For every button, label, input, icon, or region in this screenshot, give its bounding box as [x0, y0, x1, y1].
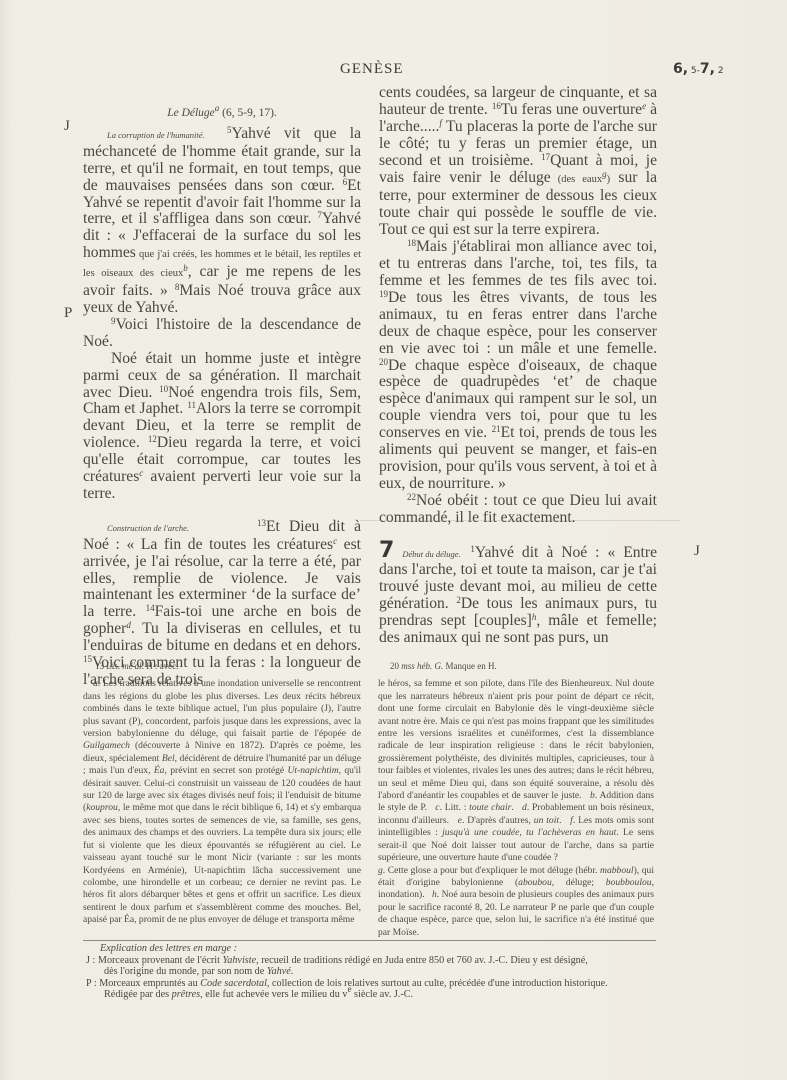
- verse-6-5: La corruption de l'humanité.5Yahvé vit q…: [83, 126, 361, 317]
- right-text-column: cents coudées, sa largeur de cinquante, …: [379, 85, 657, 647]
- verse-6-18: 18Mais j'établirai mon alliance avec toi…: [379, 239, 657, 493]
- legend-p: P : Morceaux empruntés au Code sacerdota…: [86, 978, 666, 990]
- verse-6-22: 22Noé obéit : tout ce que Dieu lui avait…: [379, 493, 657, 527]
- verse-6-9b: Noé était un homme juste et intègre parm…: [83, 351, 361, 503]
- footnote-g-h: g. Cette glose a pour but d'expliquer le…: [378, 865, 654, 939]
- verse-7-1: 7Début du déluge.1Yahvé dit à Noé : « En…: [379, 543, 657, 647]
- sidenote-corruption: La corruption de l'humanité.: [107, 127, 227, 144]
- chapter-number: 7: [379, 538, 394, 563]
- sidenote-debut-deluge: Début du déluge.: [402, 546, 470, 563]
- chapter-verse-reference: 6, 5-7, 2: [673, 61, 724, 77]
- legend-j: J : Morceaux provenant de l'écrit Yahvis…: [86, 955, 666, 967]
- footnote-divider: [83, 940, 656, 941]
- footnote-a-cont: le héros, sa femme et son pilote, dans l…: [378, 678, 654, 864]
- legend-heading: Explication des lettres en marge :: [100, 943, 666, 955]
- paper-fold: [360, 520, 680, 521]
- footnotes-right: 20 mss héb. G. Manque en H. le héros, sa…: [378, 660, 654, 939]
- margin-letter-j: J: [694, 543, 700, 560]
- left-text-column: Le Délugea (6, 5-9, 17). La corruption d…: [83, 105, 361, 689]
- footnotes-left: 13 Lis. mé'al. H : avec. a. Les traditio…: [83, 660, 361, 927]
- verse-6-9: 9Voici l'histoire de la descendance de N…: [83, 317, 361, 351]
- margin-letter-j: J: [64, 118, 70, 135]
- margin-letters-legend: Explication des lettres en marge : J : M…: [86, 943, 666, 1001]
- section-title: Le Délugea (6, 5-9, 17).: [83, 105, 361, 122]
- footnote-a: a. Les traditions relatives à une inonda…: [83, 678, 361, 926]
- critical-note-20: 20 mss héb. G. Manque en H.: [390, 660, 654, 672]
- critical-note-13: 13 Lis. mé'al. H : avec.: [95, 660, 361, 672]
- book-page: GENÈSE 6, 5-7, 2 J P J Le Délugea (6, 5-…: [0, 0, 787, 1080]
- verse-6-15-cont: cents coudées, sa largeur de cinquante, …: [379, 85, 657, 239]
- sidenote-construction: Construction de l'arche.: [107, 520, 257, 537]
- running-title: GENÈSE: [340, 61, 404, 78]
- margin-letter-p: P: [64, 305, 72, 322]
